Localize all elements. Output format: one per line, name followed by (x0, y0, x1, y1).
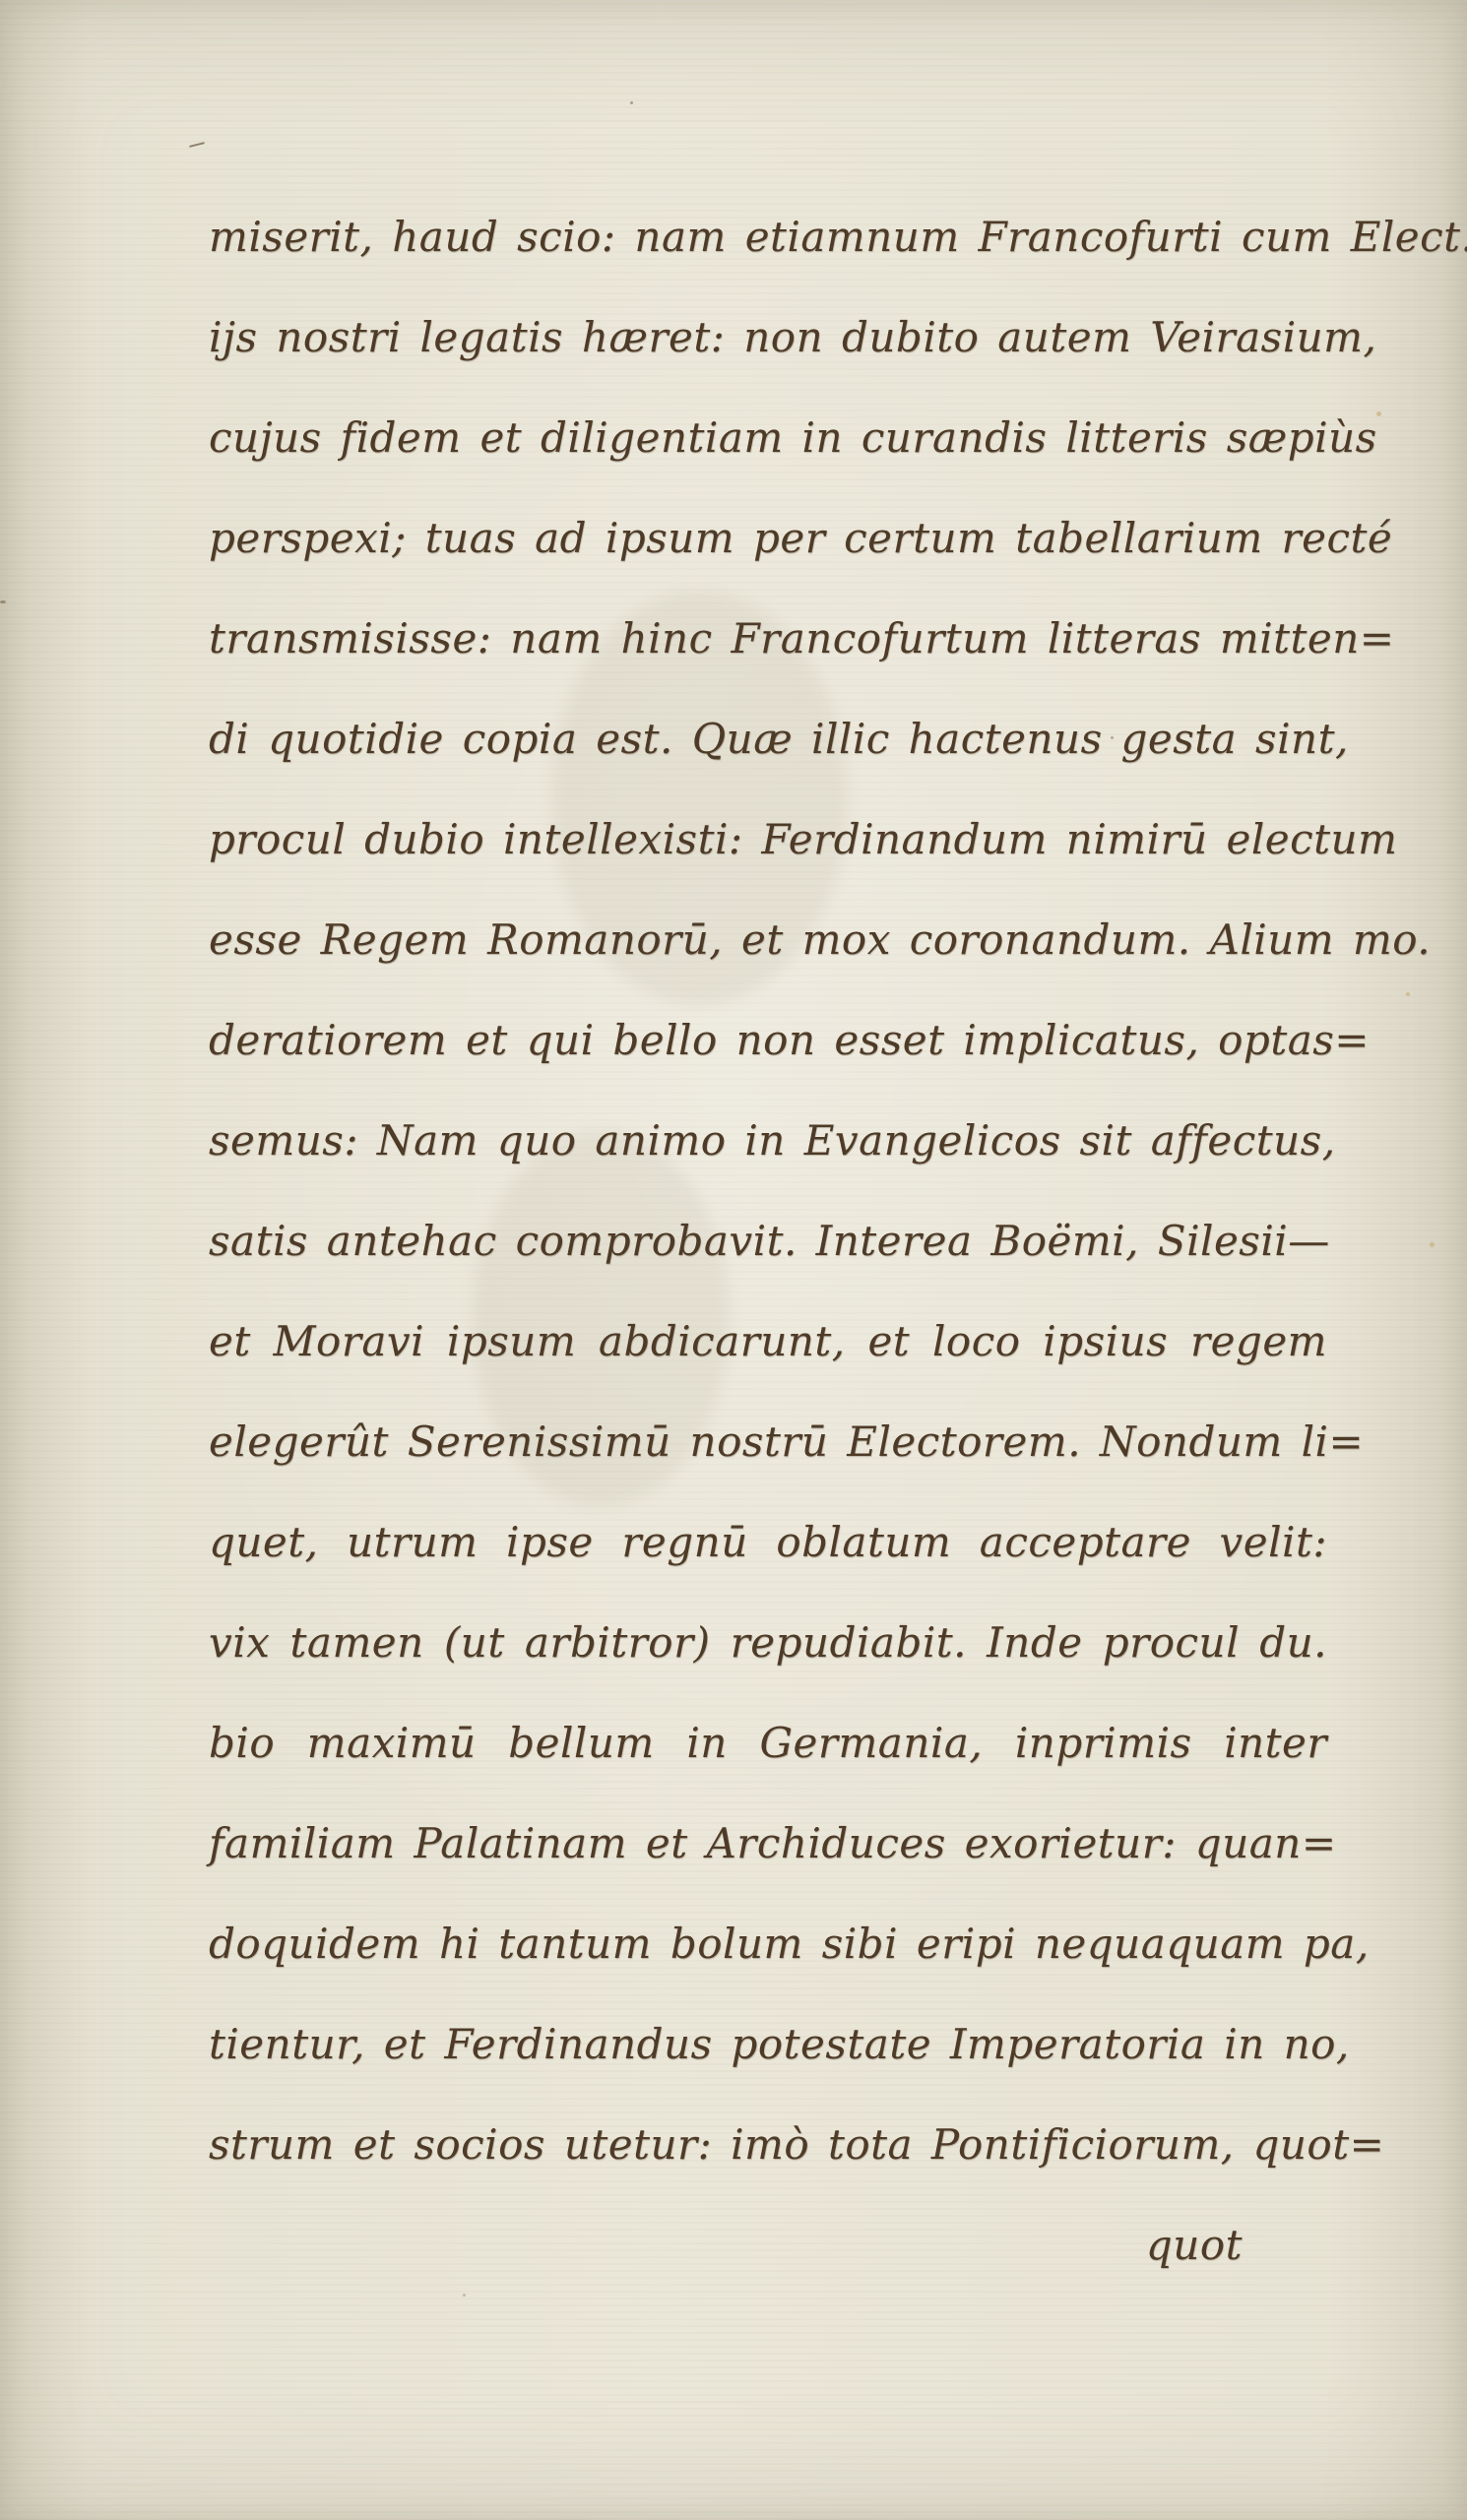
fox-spot (1406, 992, 1410, 996)
manuscript-line: di quotidie copia est. Quæ illic hactenu… (209, 689, 1327, 789)
paper-speck (189, 142, 205, 148)
manuscript-line: tientur, et Ferdinandus potestate Impera… (209, 1994, 1327, 2095)
manuscript-line: strum et socios utetur: imò tota Pontifi… (209, 2095, 1327, 2195)
manuscript-line: vix tamen (ut arbitror) repudiabit. Inde… (209, 1593, 1327, 1693)
manuscript-page: miserit, haud scio: nam etiamnum Francof… (0, 0, 1467, 2520)
paper-speck (0, 600, 6, 603)
manuscript-line: quet, utrum ipse regnū oblatum acceptare… (209, 1492, 1327, 1593)
manuscript-line: perspexi; tuas ad ipsum per certum tabel… (209, 488, 1327, 589)
manuscript-line: satis antehac comprobavit. Interea Boëmi… (209, 1191, 1327, 1291)
manuscript-line: procul dubio intellexisti: Ferdinandum n… (209, 789, 1327, 890)
manuscript-line: miserit, haud scio: nam etiamnum Francof… (209, 187, 1327, 287)
manuscript-line: doquidem hi tantum bolum sibi eripi nequ… (209, 1894, 1327, 1994)
manuscript-line: familiam Palatinam et Archiduces exoriet… (209, 1794, 1327, 1894)
manuscript-line: cujus fidem et diligentiam in curandis l… (209, 388, 1327, 488)
manuscript-line: elegerût Serenissimū nostrū Electorem. N… (209, 1392, 1327, 1492)
manuscript-line: bio maximū bellum in Germania, inprimis … (209, 1693, 1327, 1794)
fox-spot (1430, 1242, 1435, 1247)
paper-speck (630, 101, 633, 104)
manuscript-line: deratiorem et qui bello non esset implic… (209, 990, 1327, 1091)
manuscript-line: esse Regem Romanorū, et mox coronandum. … (209, 890, 1327, 990)
manuscript-line: transmisisse: nam hinc Francofurtum litt… (209, 589, 1327, 689)
manuscript-line: et Moravi ipsum abdicarunt, et loco ipsi… (209, 1291, 1327, 1392)
catchword: quot (209, 2195, 1327, 2296)
manuscript-line: semus: Nam quo animo in Evangelicos sit … (209, 1091, 1327, 1191)
handwritten-text-block: miserit, haud scio: nam etiamnum Francof… (209, 187, 1327, 2296)
manuscript-line: ijs nostri legatis hæret: non dubito aut… (209, 287, 1327, 388)
